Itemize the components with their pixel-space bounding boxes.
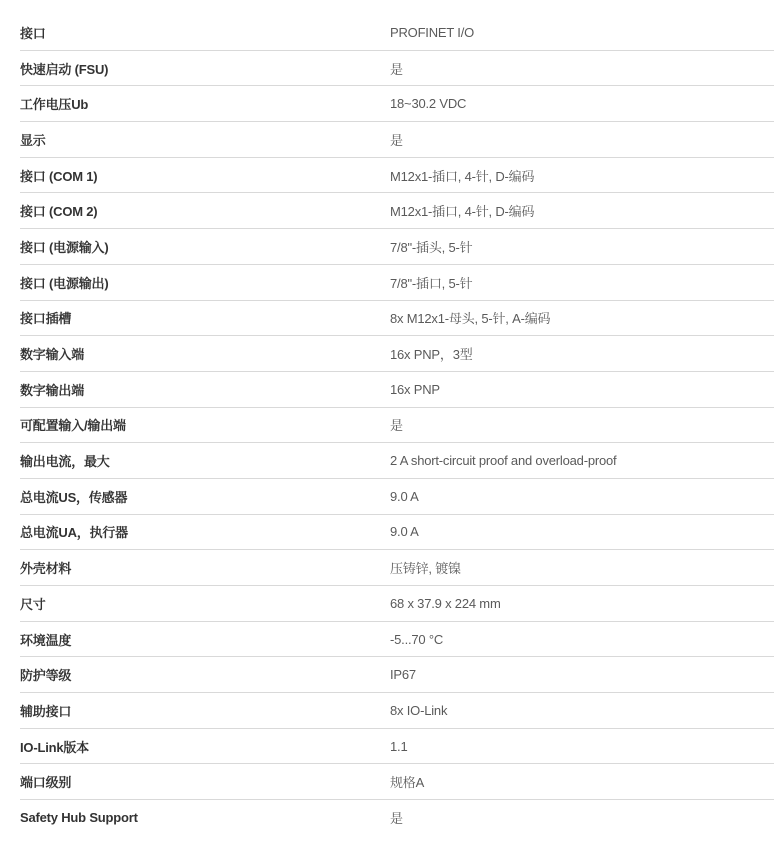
spec-row-fast-startup: 快速启动 (FSU) 是 [20,51,774,87]
spec-label: 尺寸 [20,594,390,613]
spec-value: 16x PNP [390,382,774,397]
spec-label: 辅助接口 [20,701,390,720]
spec-row-total-current-us: 总电流US，传感器 9.0 A [20,479,774,515]
spec-row-io-link-version: IO-Link版本 1.1 [20,729,774,765]
spec-row-display: 显示 是 [20,122,774,158]
spec-value: 16x PNP，3型 [390,344,774,363]
spec-row-digital-outputs: 数字输出端 16x PNP [20,372,774,408]
spec-row-total-current-ua: 总电流UA，执行器 9.0 A [20,515,774,551]
spec-value: IP67 [390,667,774,682]
specification-table: 接口 PROFINET I/O 快速启动 (FSU) 是 工作电压Ub 18~3… [20,15,774,836]
spec-value: -5...70 °C [390,632,774,647]
spec-label: 工作电压Ub [20,94,390,113]
spec-label: 环境温度 [20,630,390,649]
spec-row-power-input: 接口 (电源输入) 7/8"-插头, 5-针 [20,229,774,265]
spec-label: 显示 [20,130,390,149]
spec-row-port-class: 端口级别 规格A [20,764,774,800]
spec-row-com1: 接口 (COM 1) M12x1-插口, 4-针, D-编码 [20,158,774,194]
spec-row-interface: 接口 PROFINET I/O [20,15,774,51]
spec-label: 接口 (电源输出) [20,273,390,292]
spec-label: 接口 (COM 2) [20,201,390,220]
spec-row-ambient-temperature: 环境温度 -5...70 °C [20,622,774,658]
spec-label: Safety Hub Support [20,810,390,825]
spec-value: 68 x 37.9 x 224 mm [390,596,774,611]
spec-label: 接口 (COM 1) [20,166,390,185]
spec-value: M12x1-插口, 4-针, D-编码 [390,201,774,220]
spec-label: 端口级别 [20,772,390,791]
spec-value: 9.0 A [390,489,774,504]
spec-label: 输出电流，最大 [20,451,390,470]
spec-value: 8x M12x1-母头, 5-针, A-编码 [390,308,774,327]
spec-label: 可配置输入/输出端 [20,415,390,434]
spec-row-protection-rating: 防护等级 IP67 [20,657,774,693]
spec-value: 7/8"-插口, 5-针 [390,273,774,292]
spec-label: 接口 (电源输入) [20,237,390,256]
spec-label: 总电流UA，执行器 [20,522,390,541]
spec-label: 接口插槽 [20,308,390,327]
spec-value: 18~30.2 VDC [390,96,774,111]
spec-row-output-current-max: 输出电流，最大 2 A short-circuit proof and over… [20,443,774,479]
spec-value: 是 [390,415,774,434]
spec-row-digital-inputs: 数字输入端 16x PNP，3型 [20,336,774,372]
spec-label: 外壳材料 [20,558,390,577]
spec-value: 是 [390,59,774,78]
spec-value: 2 A short-circuit proof and overload-pro… [390,453,774,468]
spec-label: 总电流US，传感器 [20,487,390,506]
spec-label: 接口 [20,23,390,42]
spec-row-auxiliary-interface: 辅助接口 8x IO-Link [20,693,774,729]
spec-row-interface-slots: 接口插槽 8x M12x1-母头, 5-针, A-编码 [20,301,774,337]
spec-label: 快速启动 (FSU) [20,59,390,78]
spec-label: 防护等级 [20,665,390,684]
spec-row-com2: 接口 (COM 2) M12x1-插口, 4-针, D-编码 [20,193,774,229]
spec-row-configurable-io: 可配置输入/输出端 是 [20,408,774,444]
spec-row-housing-material: 外壳材料 压铸锌, 镀镍 [20,550,774,586]
spec-value: 1.1 [390,739,774,754]
spec-value: PROFINET I/O [390,25,774,40]
spec-row-power-output: 接口 (电源输出) 7/8"-插口, 5-针 [20,265,774,301]
spec-label: 数字输入端 [20,344,390,363]
spec-value: 规格A [390,772,774,791]
spec-value: 是 [390,808,774,827]
spec-value: 是 [390,130,774,149]
spec-row-safety-hub-support: Safety Hub Support 是 [20,800,774,836]
spec-value: 8x IO-Link [390,703,774,718]
spec-value: M12x1-插口, 4-针, D-编码 [390,166,774,185]
spec-value: 7/8"-插头, 5-针 [390,237,774,256]
spec-value: 压铸锌, 镀镍 [390,558,774,577]
spec-row-dimensions: 尺寸 68 x 37.9 x 224 mm [20,586,774,622]
spec-value: 9.0 A [390,524,774,539]
spec-row-operating-voltage: 工作电压Ub 18~30.2 VDC [20,86,774,122]
spec-label: 数字输出端 [20,380,390,399]
spec-label: IO-Link版本 [20,737,390,756]
